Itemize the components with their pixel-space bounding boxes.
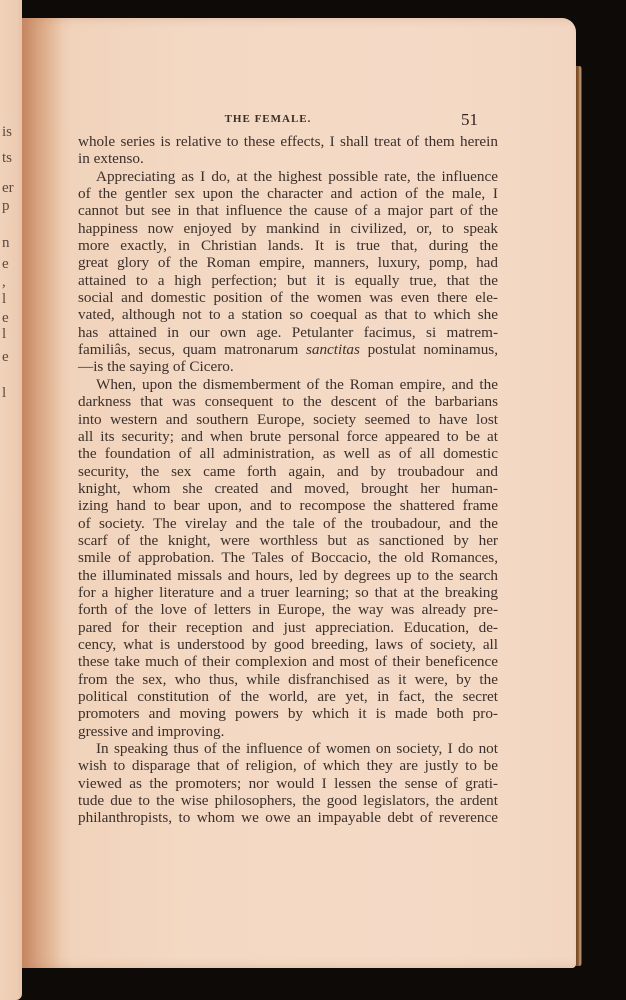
text-line: great glory of the Roman empire, manners… [78,254,498,271]
previous-page-text-fragment: l [2,386,6,401]
text-line: from the sex, who thus, while disfranchi… [78,671,498,688]
text-line: cannot but see in that influence the cau… [78,202,498,219]
previous-page-text-fragment: n [2,236,10,251]
text-line: for a higher literature and a truer lear… [78,584,498,601]
text-line: tude due to the wise philosophers, the g… [78,792,498,809]
text-line: attained to a high perfection; but it is… [78,272,498,289]
text-segment: familiâs, secus, quam matronarum [78,341,306,358]
text-line: happiness now enjoyed by mankind in civi… [78,220,498,237]
running-title: THE FEMALE. [58,113,478,125]
text-line: philanthropists, to whom we owe an impay… [78,809,498,826]
previous-page-text-fragment: e [2,311,9,326]
previous-page-edge: istserpne,lelel [0,0,22,1000]
previous-page-text-fragment: e [2,257,9,272]
previous-page-text-fragment: l [2,292,6,307]
text-segment: postulat nominamus, [360,341,498,358]
text-line: pared for their reception and just appre… [78,619,498,636]
text-line: —is the saying of Cicero. [78,358,498,375]
previous-page-text-fragment: l [2,327,6,342]
text-line: scarf of the knight, were worthless but … [78,532,498,549]
text-line: gressive and improving. [78,723,498,740]
previous-page-text-fragment: er [2,181,14,196]
text-line: In speaking thus of the influence of wom… [78,740,498,757]
text-line: the illuminated missals and hours, led b… [78,567,498,584]
text-line: When, upon the dismemberment of the Roma… [78,376,498,393]
body-text: whole series is relative to these effect… [78,133,498,827]
running-head: THE FEMALE. 51 [58,110,478,130]
text-line: knight, whom she created and moved, brou… [78,480,498,497]
text-line: vated, although not to a station so coeq… [78,306,498,323]
text-line: promoters and moving powers by which it … [78,705,498,722]
text-line: wish to disparage that of religion, of w… [78,757,498,774]
text-line: into western and southern Europe, societ… [78,411,498,428]
page-number: 51 [461,110,478,130]
previous-page-text-fragment: is [2,125,12,140]
previous-page-text-fragment: e [2,350,9,365]
text-line: all its security; and when brute persona… [78,428,498,445]
previous-page-text-fragment: , [2,275,6,290]
text-line: cency, what is understood by good breedi… [78,636,498,653]
text-line: darkness that was consequent to the desc… [78,393,498,410]
text-line: security, the sex came forth again, and … [78,463,498,480]
text-line: whole series is relative to these effect… [78,133,498,150]
book-photo: istserpne,lelel THE FEMALE. 51 whole ser… [0,0,626,1000]
previous-page-text-fragment: ts [2,151,12,166]
text-line: Appreciating as I do, at the highest pos… [78,168,498,185]
text-line: the foundation of all administration, as… [78,445,498,462]
text-line: forth of the love of letters in Europe, … [78,601,498,618]
text-line: in extenso. [78,150,498,167]
previous-page-text-fragment: p [2,199,10,214]
text-line: viewed as the promoters; nor would I les… [78,775,498,792]
text-line: political constitution of the world, are… [78,688,498,705]
text-line: izing hand to bear upon, and to recompos… [78,497,498,514]
italic-word: sanctitas [306,341,360,358]
text-line: has attained in our own age. Petulanter … [78,324,498,341]
gutter-shadow [22,18,62,968]
text-line: social and domestic position of the wome… [78,289,498,306]
text-line: smile of approbation. The Tales of Bocca… [78,549,498,566]
text-line: of the gentler sex upon the character an… [78,185,498,202]
text-line: more exactly, in Christian lands. It is … [78,237,498,254]
text-line: of society. The virelay and the tale of … [78,515,498,532]
text-line: familiâs, secus, quam matronarum sanctit… [78,341,498,358]
text-line: these take much of their complexion and … [78,653,498,670]
